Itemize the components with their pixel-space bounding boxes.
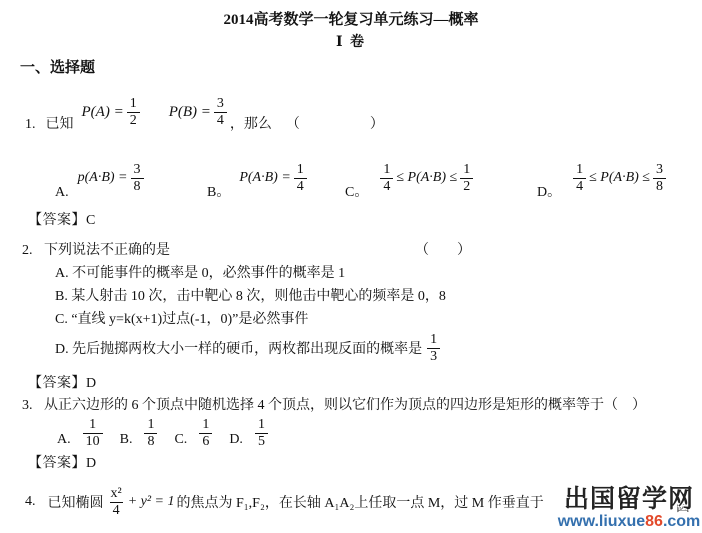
fraction-one-third: 1 3 — [427, 332, 440, 364]
fraction-numerator: 3 — [653, 162, 666, 177]
q1-option-c: C。 1 4 ≤ P(A·B) ≤ 1 2 — [345, 152, 476, 204]
option-a-formula: p(A·B) = — [78, 170, 128, 186]
option-a-label: A. — [55, 185, 69, 204]
fraction-denominator: 4 — [294, 178, 307, 194]
fraction-one-fourth: 1 4 — [294, 162, 307, 194]
q1-option-d: D。 1 4 ≤ P(A·B) ≤ 3 8 — [537, 152, 669, 204]
question-1-answer-blank: （ ） — [286, 113, 384, 138]
fraction-denominator: 5 — [255, 433, 268, 449]
fraction-numerator: 1 — [427, 332, 440, 347]
fraction-three-fourths: 3 4 — [214, 96, 227, 128]
question-2-stem: 2. 下列说法不正确的是 — [22, 239, 170, 259]
q2-answer: 【答案】D — [28, 372, 97, 392]
fraction-denominator: 8 — [144, 433, 157, 449]
exam-document-page: 2014高考数学一轮复习单元练习—概率 Ⅰ 卷 一、选择题 1. 已知 P(A)… — [0, 0, 702, 533]
fraction-numerator: 1 — [255, 417, 268, 432]
fraction-one-eighth: 1 8 — [144, 417, 157, 449]
option-b-formula: P(A·B) = — [239, 170, 290, 186]
fraction-denominator: 2 — [460, 178, 473, 194]
watermark-site-name: 出国留学网 — [553, 487, 702, 512]
formula-p-of-b-lhs: P(B) = — [169, 104, 211, 121]
q2-option-a: A. 不可能事件的概率是 0，必然事件的概率是 1 — [55, 262, 345, 282]
fraction-numerator: 1 — [380, 162, 393, 177]
option-c-inequality: ≤ P(A·B) ≤ — [396, 170, 457, 186]
question-2-text: 下列说法不正确的是 — [44, 243, 170, 258]
formula-p-of-a-lhs: P(A) = — [82, 104, 124, 121]
fraction-one-fourth: 1 4 — [380, 162, 393, 194]
question-3-number: 3. — [22, 398, 33, 413]
question-4-number: 4. — [25, 494, 36, 510]
fraction-numerator: 3 — [131, 162, 144, 177]
page-title: 2014高考数学一轮复习单元练习—概率 — [0, 8, 702, 29]
option-d-label: D. — [229, 432, 243, 451]
option-d-inequality: ≤ P(A·B) ≤ — [589, 170, 650, 186]
option-c-label: C。 — [345, 181, 368, 204]
fraction-x-squared-over-4: x² 4 — [108, 486, 125, 518]
question-3-text: 从正六边形的 6 个顶点中随机选择 4 个顶点，则以它们作为顶点的四边形是矩形的… — [44, 398, 646, 413]
page-subtitle: Ⅰ 卷 — [0, 31, 702, 51]
ellipse-equation-rhs: + y² = 1 — [128, 494, 175, 510]
question-3-stem: 3. 从正六边形的 6 个顶点中随机选择 4 个顶点，则以它们作为顶点的四边形是… — [22, 394, 646, 414]
fraction-denominator: 8 — [131, 178, 144, 194]
q3-options-row: A. 1 10 B. 1 8 C. 1 6 D. 1 5 — [57, 415, 271, 451]
watermark-url-suffix: .com — [663, 513, 700, 530]
question-1-number: 1. — [25, 117, 36, 138]
fraction-denominator: 6 — [199, 433, 212, 449]
question-2-answer-blank: （ ） — [415, 239, 471, 259]
fraction-numerator: x² — [108, 486, 125, 501]
watermark-url-number: 86 — [645, 513, 663, 530]
fraction-numerator: 1 — [573, 162, 586, 177]
fraction-denominator: 4 — [110, 502, 123, 518]
fraction-one-fourth: 1 4 — [573, 162, 586, 194]
fraction-one-half: 1 2 — [127, 96, 140, 128]
fraction-numerator: 1 — [460, 162, 473, 177]
fraction-one-half: 1 2 — [460, 162, 473, 194]
question-2-number: 2. — [22, 243, 33, 258]
question-4-intro: 已知椭圆 — [48, 492, 104, 512]
question-1-intro: 已知 — [46, 113, 74, 138]
watermark: 出国留学网 www.liuxue86.com — [553, 487, 702, 531]
question-1-stem: 1. 已知 P(A) = 1 2 P(B) = 3 4 ，那么 （ ） — [25, 86, 384, 138]
q2-option-b: B. 某人射击 10 次，击中靶心 8 次，则他击中靶心的频率是 0，8 — [55, 285, 446, 305]
q2-option-c: C. “直线 y=k(x+1)过点(-1，0)”是必然事件 — [55, 308, 308, 328]
option-c-label: C. — [174, 432, 187, 451]
option-b-label: B. — [120, 432, 133, 451]
fraction-numerator: 1 — [294, 162, 307, 177]
option-a-label: A. — [57, 432, 71, 451]
fraction-three-eighths: 3 8 — [653, 162, 666, 194]
fraction-one-sixth: 1 6 — [199, 417, 212, 449]
q2-option-d: D. 先后抛掷两枚大小一样的硬币，两枚都出现反面的概率是 1 3 — [55, 330, 443, 366]
q2-option-d-text: D. 先后抛掷两枚大小一样的硬币，两枚都出现反面的概率是 — [55, 338, 422, 358]
question-4-text: 的焦点为 F₁,F₂，在长轴 A₁A₂上任取一点 M，过 M 作垂直于 — [177, 492, 544, 512]
fraction-denominator: 10 — [83, 433, 103, 449]
section-heading: 一、选择题 — [20, 56, 95, 77]
question-1-then-text: ，那么 — [230, 113, 272, 138]
fraction-denominator: 3 — [427, 348, 440, 364]
q1-answer: 【答案】C — [28, 209, 96, 229]
option-b-label: B。 — [207, 181, 230, 204]
q3-answer: 【答案】D — [28, 452, 97, 472]
fraction-numerator: 1 — [127, 96, 140, 111]
fraction-denominator: 8 — [653, 178, 666, 194]
fraction-denominator: 4 — [214, 112, 227, 128]
fraction-numerator: 1 — [144, 417, 157, 432]
formula-p-of-b: P(B) = 3 4 — [169, 96, 230, 128]
watermark-url: www.liuxue86.com — [553, 513, 702, 531]
fraction-numerator: 3 — [214, 96, 227, 111]
q1-option-b: B。 P(A·B) = 1 4 — [207, 152, 310, 204]
fraction-numerator: 1 — [86, 417, 99, 432]
fraction-one-fifth: 1 5 — [255, 417, 268, 449]
fraction-numerator: 1 — [199, 417, 212, 432]
q1-option-a: A. p(A·B) = 3 8 — [55, 152, 147, 204]
fraction-denominator: 2 — [127, 112, 140, 128]
formula-p-of-a: P(A) = 1 2 — [82, 96, 143, 128]
fraction-three-eighths: 3 8 — [131, 162, 144, 194]
fraction-one-tenth: 1 10 — [83, 417, 103, 449]
option-d-label: D。 — [537, 181, 561, 204]
fraction-denominator: 4 — [380, 178, 393, 194]
watermark-url-prefix: www.liuxue — [558, 513, 645, 530]
fraction-denominator: 4 — [573, 178, 586, 194]
